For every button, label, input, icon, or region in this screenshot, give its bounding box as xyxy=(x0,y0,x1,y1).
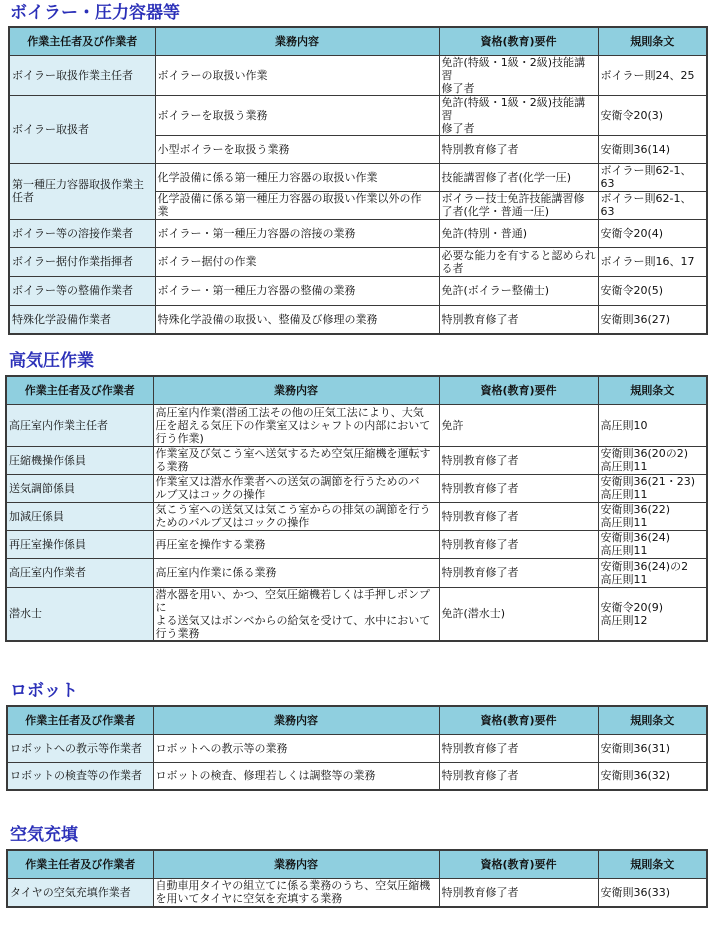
table-row: ボイラー据付作業指揮者 ボイラー据付の作業 必要な能力を有すると認められ る者 … xyxy=(9,247,707,276)
column-header-qualification: 資格(教育)要件 xyxy=(439,850,598,878)
air-filling-table: 作業主任者及び作業者 業務内容 資格(教育)要件 規則条文 タイヤの空気充填作業… xyxy=(6,849,708,908)
qualification-cell: 特別教育修了者 xyxy=(439,558,598,587)
qualification-cell: 技能講習修了者(化学一圧) xyxy=(439,163,598,191)
work-cell: 小型ボイラーを取扱う業務 xyxy=(155,135,439,163)
rule-cell: 安衛則36(24) 高圧則11 xyxy=(598,530,707,558)
rule-cell: 安衛令20(5) xyxy=(598,276,707,305)
role-cell: 加減圧係員 xyxy=(6,502,153,530)
table-row: 第一種圧力容器取扱作業主 任者 化学設備に係る第一種圧力容器の取扱い作業 技能講… xyxy=(9,163,707,191)
table-header-row: 作業主任者及び作業者 業務内容 資格(教育)要件 規則条文 xyxy=(6,376,707,404)
rule-cell: 安衛令20(3) xyxy=(598,95,707,135)
role-cell: ボイラー等の溶接作業者 xyxy=(9,219,155,247)
qualification-cell: 特別教育修了者 xyxy=(439,734,598,762)
rule-cell: 安衛則36(31) xyxy=(598,734,707,762)
column-header-role: 作業主任者及び作業者 xyxy=(7,850,153,878)
role-cell: ボイラー取扱者 xyxy=(9,95,155,163)
work-cell: 高圧室内作業に係る業務 xyxy=(153,558,439,587)
table-row: ロボットへの教示等作業者 ロボットへの教示等の業務 特別教育修了者 安衛則36(… xyxy=(7,734,707,762)
work-cell: 潜水器を用い、かつ、空気圧縮機若しくは手押しポンプに よる送気又はボンベからの給… xyxy=(153,587,439,641)
column-header-work: 業務内容 xyxy=(153,376,439,404)
work-cell: 自動車用タイヤの組立てに係る業務のうち、空気圧縮機 を用いてタイヤに空気を充填す… xyxy=(153,878,439,907)
section-title-high-pressure: 高気圧作業 xyxy=(9,351,94,371)
rule-cell: ボイラー則62-1、63 xyxy=(598,191,707,219)
rule-cell: 安衛則36(20の2) 高圧則11 xyxy=(598,446,707,474)
table-row: 潜水士 潜水器を用い、かつ、空気圧縮機若しくは手押しポンプに よる送気又はボンベ… xyxy=(6,587,707,641)
column-header-qualification: 資格(教育)要件 xyxy=(439,376,598,404)
work-cell: ボイラーを取扱う業務 xyxy=(155,95,439,135)
table-row: ボイラー等の溶接作業者 ボイラー・第一種圧力容器の溶接の業務 免許(特別・普通)… xyxy=(9,219,707,247)
section-title-robot: ロボット xyxy=(10,681,78,701)
rule-cell: 安衛則36(21・23) 高圧則11 xyxy=(598,474,707,502)
qualification-cell: 特別教育修了者 xyxy=(439,878,598,907)
column-header-rule: 規則条文 xyxy=(598,27,707,55)
rule-cell: 安衛則36(22) 高圧則11 xyxy=(598,502,707,530)
work-cell: 気こう室への送気又は気こう室からの排気の調節を行う ためのバルブ又はコックの操作 xyxy=(153,502,439,530)
table-row: 加減圧係員 気こう室への送気又は気こう室からの排気の調節を行う ためのバルブ又は… xyxy=(6,502,707,530)
qualification-cell: 特別教育修了者 xyxy=(439,135,598,163)
column-header-work: 業務内容 xyxy=(153,706,439,734)
work-cell: 高圧室内作業(潜函工法その他の圧気工法により、大気 圧を超える気圧下の作業室又は… xyxy=(153,404,439,446)
role-cell: ロボットへの教示等作業者 xyxy=(7,734,153,762)
work-cell: 特殊化学設備の取扱い、整備及び修理の業務 xyxy=(155,305,439,334)
work-cell: ボイラーの取扱い作業 xyxy=(155,55,439,95)
column-header-work: 業務内容 xyxy=(153,850,439,878)
qualification-cell: 免許(特別・普通) xyxy=(439,219,598,247)
column-header-role: 作業主任者及び作業者 xyxy=(6,376,153,404)
role-cell: ボイラー取扱作業主任者 xyxy=(9,55,155,95)
rule-cell: 安衛則36(27) xyxy=(598,305,707,334)
role-cell: 圧縮機操作係員 xyxy=(6,446,153,474)
rule-cell: 安衛則36(32) xyxy=(598,762,707,790)
role-cell: 送気調節係員 xyxy=(6,474,153,502)
qualification-cell: 特別教育修了者 xyxy=(439,530,598,558)
column-header-role: 作業主任者及び作業者 xyxy=(9,27,155,55)
table-row: タイヤの空気充填作業者 自動車用タイヤの組立てに係る業務のうち、空気圧縮機 を用… xyxy=(7,878,707,907)
rule-cell: ボイラー則62-1、63 xyxy=(598,163,707,191)
section-title-boiler: ボイラー・圧力容器等 xyxy=(10,3,180,23)
role-cell: ボイラー等の整備作業者 xyxy=(9,276,155,305)
column-header-work: 業務内容 xyxy=(155,27,439,55)
role-cell: 特殊化学設備作業者 xyxy=(9,305,155,334)
qualification-cell: 免許(潜水士) xyxy=(439,587,598,641)
qualification-cell: 特別教育修了者 xyxy=(439,474,598,502)
work-cell: 化学設備に係る第一種圧力容器の取扱い作業 xyxy=(155,163,439,191)
column-header-qualification: 資格(教育)要件 xyxy=(439,706,598,734)
qualification-cell: 特別教育修了者 xyxy=(439,762,598,790)
table-header-row: 作業主任者及び作業者 業務内容 資格(教育)要件 規則条文 xyxy=(9,27,707,55)
table-row: 圧縮機操作係員 作業室及び気こう室へ送気するため空気圧縮機を運転す る業務 特別… xyxy=(6,446,707,474)
rule-cell: 高圧則10 xyxy=(598,404,707,446)
table-row: 再圧室操作係員 再圧室を操作する業務 特別教育修了者 安衛則36(24) 高圧則… xyxy=(6,530,707,558)
rule-cell: 安衛令20(9) 高圧則12 xyxy=(598,587,707,641)
work-cell: ロボットへの教示等の業務 xyxy=(153,734,439,762)
table-row: 高圧室内作業主任者 高圧室内作業(潜函工法その他の圧気工法により、大気 圧を超え… xyxy=(6,404,707,446)
rule-cell: 安衛則36(24)の2 高圧則11 xyxy=(598,558,707,587)
role-cell: ロボットの検査等の作業者 xyxy=(7,762,153,790)
qualification-cell: 特別教育修了者 xyxy=(439,305,598,334)
qualification-cell: 特別教育修了者 xyxy=(439,502,598,530)
work-cell: 再圧室を操作する業務 xyxy=(153,530,439,558)
table-row: ボイラー取扱者 ボイラーを取扱う業務 免許(特級・1級・2級)技能講習 修了者 … xyxy=(9,95,707,135)
qualification-cell: 免許 xyxy=(439,404,598,446)
role-cell: タイヤの空気充填作業者 xyxy=(7,878,153,907)
table-row: 特殊化学設備作業者 特殊化学設備の取扱い、整備及び修理の業務 特別教育修了者 安… xyxy=(9,305,707,334)
role-cell: ボイラー据付作業指揮者 xyxy=(9,247,155,276)
rule-cell: ボイラー則16、17 xyxy=(598,247,707,276)
qualification-cell: 特別教育修了者 xyxy=(439,446,598,474)
work-cell: ロボットの検査、修理若しくは調整等の業務 xyxy=(153,762,439,790)
table-row: ロボットの検査等の作業者 ロボットの検査、修理若しくは調整等の業務 特別教育修了… xyxy=(7,762,707,790)
rule-cell: ボイラー則24、25 xyxy=(598,55,707,95)
work-cell: ボイラー据付の作業 xyxy=(155,247,439,276)
qualification-cell: 必要な能力を有すると認められ る者 xyxy=(439,247,598,276)
qualification-cell: 免許(特級・1級・2級)技能講習 修了者 xyxy=(439,95,598,135)
qualification-cell: ボイラー技士免許技能講習修 了者(化学・普通一圧) xyxy=(439,191,598,219)
work-cell: ボイラー・第一種圧力容器の溶接の業務 xyxy=(155,219,439,247)
boiler-table: 作業主任者及び作業者 業務内容 資格(教育)要件 規則条文 ボイラー取扱作業主任… xyxy=(8,26,708,335)
role-cell: 第一種圧力容器取扱作業主 任者 xyxy=(9,163,155,219)
table-row: ボイラー取扱作業主任者 ボイラーの取扱い作業 免許(特級・1級・2級)技能講習 … xyxy=(9,55,707,95)
work-cell: 作業室及び気こう室へ送気するため空気圧縮機を運転す る業務 xyxy=(153,446,439,474)
qualification-cell: 免許(特級・1級・2級)技能講習 修了者 xyxy=(439,55,598,95)
table-row: 高圧室内作業者 高圧室内作業に係る業務 特別教育修了者 安衛則36(24)の2 … xyxy=(6,558,707,587)
high-pressure-table: 作業主任者及び作業者 業務内容 資格(教育)要件 規則条文 高圧室内作業主任者 … xyxy=(5,375,708,642)
rule-cell: 安衛則36(14) xyxy=(598,135,707,163)
column-header-role: 作業主任者及び作業者 xyxy=(7,706,153,734)
column-header-rule: 規則条文 xyxy=(598,706,707,734)
column-header-rule: 規則条文 xyxy=(598,850,707,878)
work-cell: 化学設備に係る第一種圧力容器の取扱い作業以外の作 業 xyxy=(155,191,439,219)
table-header-row: 作業主任者及び作業者 業務内容 資格(教育)要件 規則条文 xyxy=(7,706,707,734)
robot-table: 作業主任者及び作業者 業務内容 資格(教育)要件 規則条文 ロボットへの教示等作… xyxy=(6,705,708,791)
role-cell: 潜水士 xyxy=(6,587,153,641)
role-cell: 高圧室内作業主任者 xyxy=(6,404,153,446)
column-header-qualification: 資格(教育)要件 xyxy=(439,27,598,55)
role-cell: 再圧室操作係員 xyxy=(6,530,153,558)
column-header-rule: 規則条文 xyxy=(598,376,707,404)
role-cell: 高圧室内作業者 xyxy=(6,558,153,587)
table-header-row: 作業主任者及び作業者 業務内容 資格(教育)要件 規則条文 xyxy=(7,850,707,878)
table-row: 送気調節係員 作業室又は潜水作業者への送気の調節を行うためのバ ルブ又はコックの… xyxy=(6,474,707,502)
section-title-air-filling: 空気充填 xyxy=(10,825,78,845)
rule-cell: 安衛令20(4) xyxy=(598,219,707,247)
rule-cell: 安衛則36(33) xyxy=(598,878,707,907)
qualification-cell: 免許(ボイラー整備士) xyxy=(439,276,598,305)
work-cell: ボイラー・第一種圧力容器の整備の業務 xyxy=(155,276,439,305)
work-cell: 作業室又は潜水作業者への送気の調節を行うためのバ ルブ又はコックの操作 xyxy=(153,474,439,502)
table-row: ボイラー等の整備作業者 ボイラー・第一種圧力容器の整備の業務 免許(ボイラー整備… xyxy=(9,276,707,305)
